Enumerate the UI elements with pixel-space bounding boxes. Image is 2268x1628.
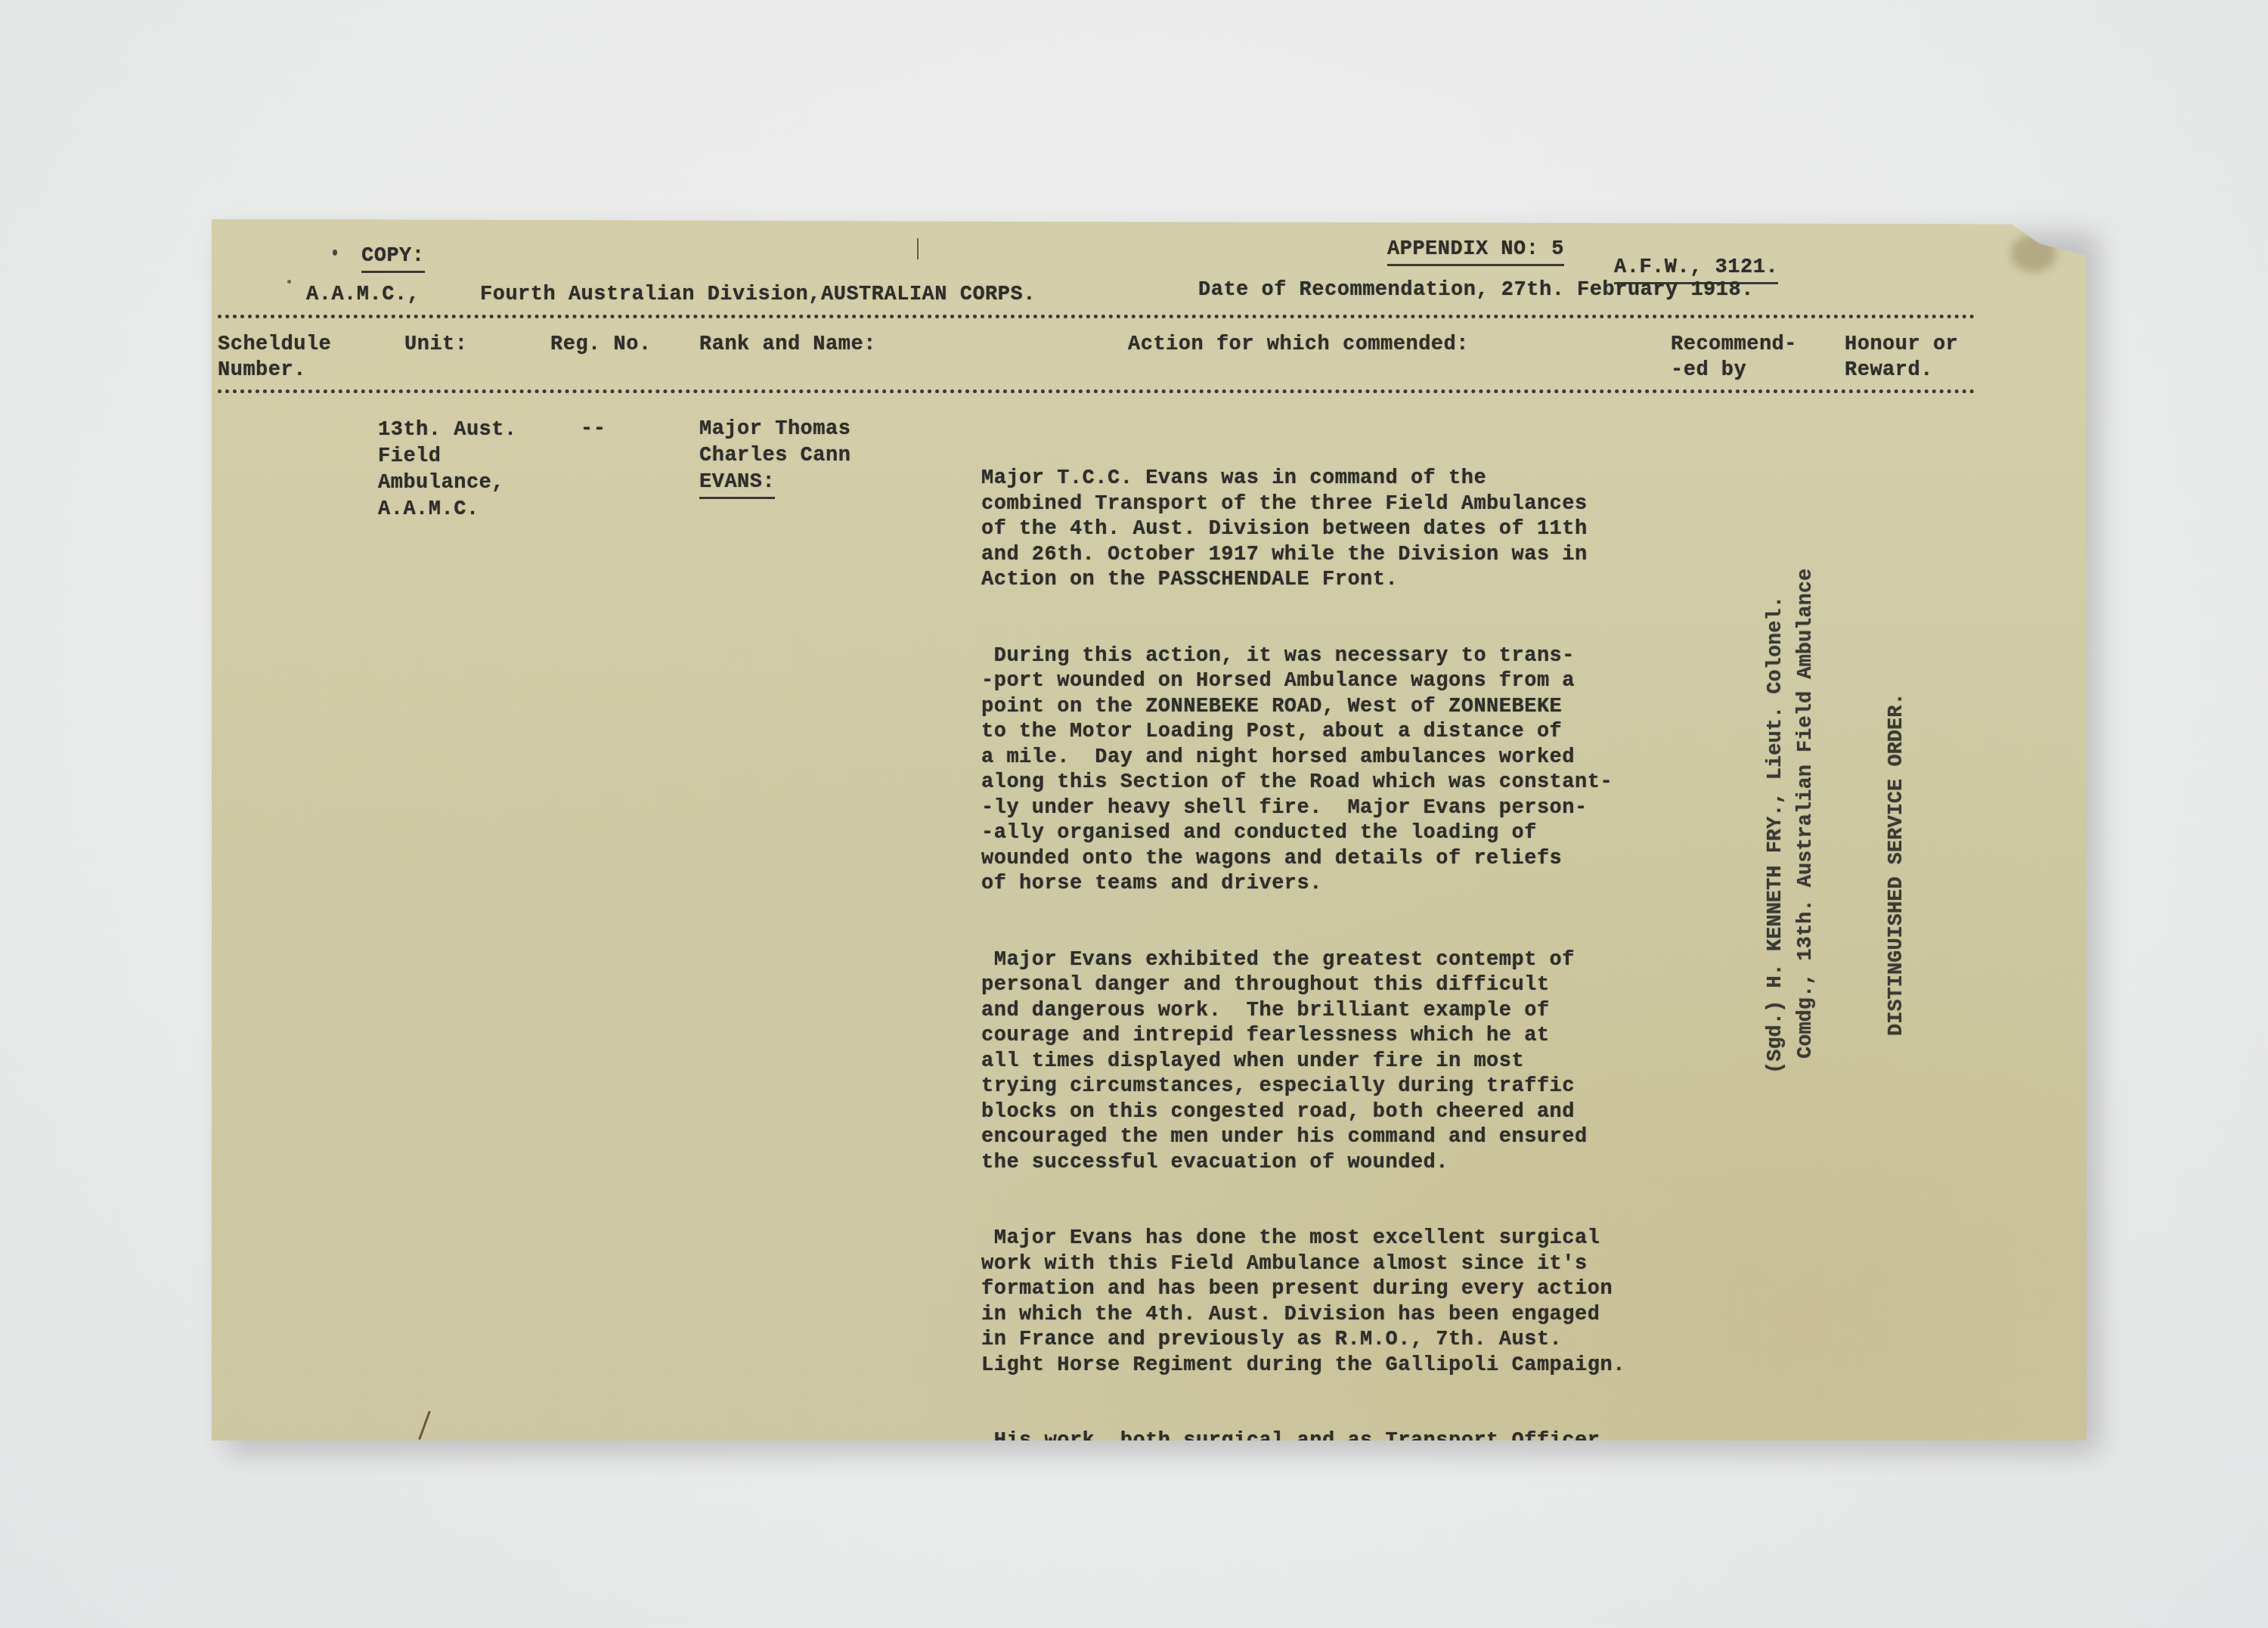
- recommended-by-command: Comdg., 13th. Australian Field Ambulance: [1792, 569, 1820, 1059]
- division-name: Fourth Australian Division,AUSTRALIAN CO…: [480, 283, 1036, 309]
- unit-value: 13th. Aust. Field Ambulance, A.A.M.C.: [378, 417, 517, 523]
- recommended-by-signature: (Sgd.) H. KENNETH FRY., Lieut. Colonel.: [1761, 596, 1790, 1074]
- ink-spot: [287, 280, 291, 284]
- action-paragraph-3: Major Evans exhibited the greatest conte…: [981, 948, 1625, 1177]
- action-paragraph-4: Major Evans has done the most excellent …: [981, 1226, 1625, 1378]
- divider-top: [218, 315, 1975, 318]
- surname: EVANS:: [699, 470, 775, 499]
- column-header-unit: Unit:: [404, 333, 468, 358]
- rank-name-line2: Charles Cann: [699, 444, 850, 470]
- action-text: Major T.C.C. Evans was in command of the…: [981, 416, 1625, 1581]
- column-header-honour: Honour or Reward.: [1845, 333, 1958, 383]
- rank-name-line1: Major Thomas: [699, 417, 850, 443]
- paper-crease: [917, 238, 919, 259]
- appendix-label: APPENDIX NO: 5: [1387, 237, 1564, 266]
- ink-spot: [333, 250, 337, 256]
- column-header-reg-no: Reg. No.: [550, 333, 652, 358]
- action-paragraph-2: During this action, it was necessary to …: [981, 644, 1625, 898]
- column-header-action: Action for which commended:: [1128, 333, 1469, 358]
- copy-label: COPY:: [361, 244, 425, 273]
- paper-tear: [418, 1411, 430, 1440]
- honour-value: DISTINGUISHED SERVICE ORDER.: [1882, 693, 1911, 1036]
- date-of-recommendation: Date of Recommendation, 27th. February 1…: [1198, 278, 1754, 304]
- document-page: COPY: APPENDIX NO: 5 A.F.W., 3121. A.A.M…: [212, 219, 2087, 1440]
- column-header-rank-name: Rank and Name:: [699, 333, 876, 358]
- divider-header: [218, 389, 1975, 393]
- action-paragraph-1: Major T.C.C. Evans was in command of the…: [981, 467, 1625, 594]
- corps-prefix: A.A.M.C.,: [306, 283, 420, 309]
- reg-no-value: --: [581, 417, 606, 443]
- column-header-schedule: Scheldule Number.: [218, 333, 331, 383]
- column-header-recommended-by: Recommend- -ed by: [1671, 333, 1797, 383]
